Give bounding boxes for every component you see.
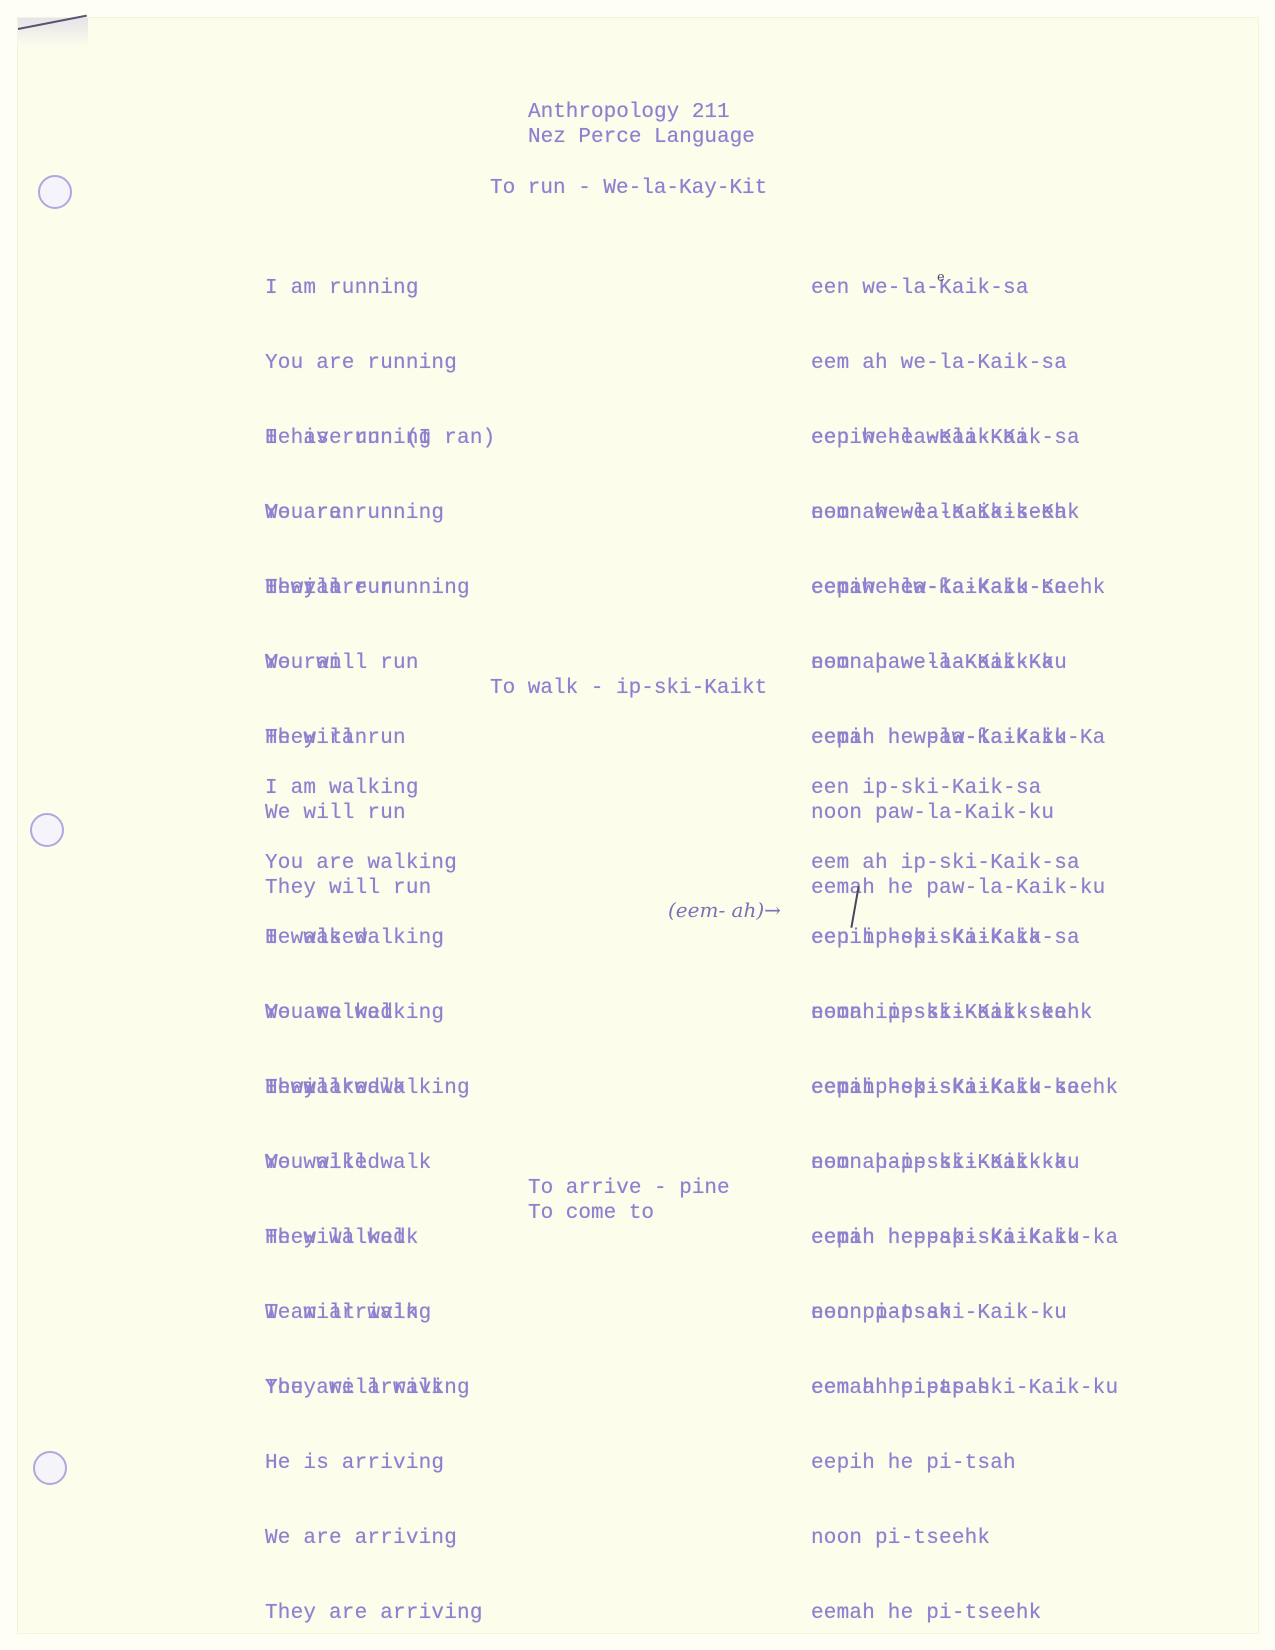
- english-row: I will walk: [265, 1076, 444, 1101]
- nez-perce-row: een we-la-Kaik-sa: [811, 276, 1105, 301]
- nez-perce-row: eepih hep-ski-Kaik-ku: [811, 1226, 1118, 1251]
- nez-perce-row: een ip-ski-Kaik-sa: [811, 776, 1118, 801]
- arrive-present-english: I am arriving You are arriving He is arr…: [265, 1251, 483, 1650]
- nez-perce-row: eem ah-ip-ski-Kaik-ku: [811, 1151, 1118, 1176]
- english-row: I am running: [265, 276, 470, 301]
- english-row: I will run: [265, 576, 431, 601]
- english-row: You are arriving: [265, 1376, 483, 1401]
- section-heading-walk: To walk - ip-ski-Kaikt: [490, 676, 767, 701]
- english-row: You are running: [265, 351, 470, 376]
- english-row: I am walking: [265, 776, 470, 801]
- nez-perce-row: eemah ip-ski-Kaik-ka: [811, 1001, 1118, 1026]
- nez-perce-row: eem ah we-la-Kaik-sa: [811, 351, 1105, 376]
- nez-perce-row: een we-la-Kaik-ku: [811, 576, 1105, 601]
- section-heading-run: To run - We-la-Kay-Kit: [490, 176, 767, 201]
- handwritten-correction: (eem- ah)→: [668, 898, 781, 922]
- course-title: Anthropology 211: [528, 100, 730, 125]
- nez-perce-row: eem ah ip-ski-Kaik-sa: [811, 851, 1118, 876]
- handwritten-e-insertion: e: [937, 270, 945, 285]
- nez-perce-row: een we-la-Kaik-Ka: [811, 426, 1105, 451]
- english-row: I have run (I ran): [265, 426, 495, 451]
- punch-hole-top: [38, 175, 72, 209]
- arrive-present-nez-perce: een pi-tsah eem ah pi-tsah eepih he pi-t…: [811, 1251, 1041, 1650]
- english-row: You walked: [265, 1001, 406, 1026]
- section-heading-arrive: To arrive - pine: [528, 1176, 730, 1201]
- subject-title: Nez Perce Language: [528, 125, 755, 150]
- nez-perce-row: een pi-tsah: [811, 1301, 1041, 1326]
- nez-perce-row: eem ah pi-tsah: [811, 1376, 1041, 1401]
- punch-hole-bottom: [33, 1451, 67, 1485]
- english-row: We are arriving: [265, 1526, 483, 1551]
- english-row: I am arriving: [265, 1301, 483, 1326]
- nez-perce-row: eepih he pi-tsah: [811, 1451, 1041, 1476]
- nez-perce-row: eem ah we-la-Kaik-Ka: [811, 501, 1105, 526]
- nez-perce-row: eemah he pi-tseehk: [811, 1601, 1041, 1626]
- section-subheading-arrive: To come to: [528, 1201, 654, 1226]
- english-row: You are walking: [265, 851, 470, 876]
- english-row: You will walk: [265, 1151, 444, 1176]
- nez-perce-row: eem ah we-la-Kaik-ku: [811, 651, 1105, 676]
- nez-perce-row: een ip-ski-Kaik-ka: [811, 926, 1118, 951]
- punch-hole-middle: [30, 813, 64, 847]
- nez-perce-row: noon pi-tseehk: [811, 1526, 1041, 1551]
- english-row: He is arriving: [265, 1451, 483, 1476]
- nez-perce-row: een ip-ski-Kaik-ku: [811, 1076, 1118, 1101]
- english-row: He will walk: [265, 1226, 444, 1251]
- english-row: They are arriving: [265, 1601, 483, 1626]
- english-row: I walked: [265, 926, 406, 951]
- english-row: You will run: [265, 651, 431, 676]
- english-row: You ran: [265, 501, 495, 526]
